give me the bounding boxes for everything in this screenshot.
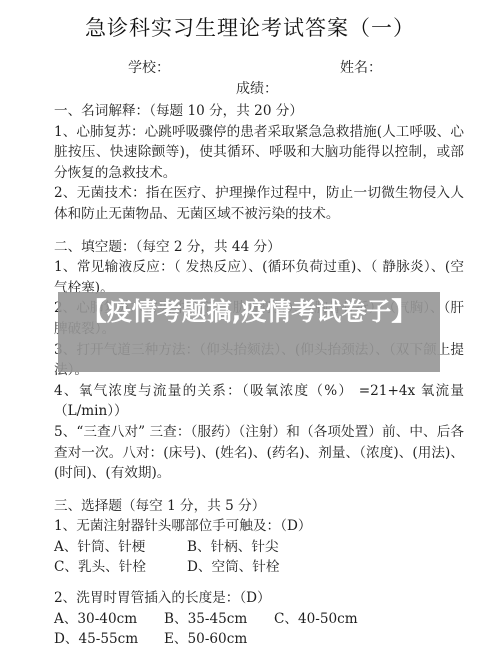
option: E、50-60cm [164,629,247,650]
options-row: A、针筒、针梗 B、针柄、针尖 [54,537,464,558]
document-body: 一、名词解释：（每题 10 分，共 20 分） 1、心肺复苏：心跳呼吸骤停的患者… [54,101,464,650]
definition-item: 2、无菌技术：指在医疗、护理操作过程中，防止一切微生物侵入人体和防止无菌物品、无… [54,183,464,224]
question-stem: 2、洗胃时胃管插入的长度是：（D） [54,588,464,609]
section-multiple-choice: 三、选择题（每空 1 分，共 5 分） 1、无菌注射器针头哪部位手可触及：（D）… [54,496,464,650]
section-spacer [54,484,464,496]
section-definitions: 一、名词解释：（每题 10 分，共 20 分） 1、心肺复苏：心跳呼吸骤停的患者… [54,101,464,225]
section-heading: 三、选择题（每空 1 分，共 5 分） [54,496,464,517]
name-field-label: 姓名： [340,57,382,77]
section-heading: 一、名词解释：（每题 10 分，共 20 分） [54,101,464,122]
definition-item: 1、心肺复苏：心跳呼吸骤停的患者采取紧急急救措施(人工呼吸、心脏按压、快速除颤等… [54,122,464,184]
option: D、空筒、针栓 [187,557,279,578]
option: C、乳头、针栓 [54,557,187,578]
option: A、30-40cm [54,609,164,630]
exam-answer-page: 急诊科实习生理论考试答案（一） 学校： 姓名： 成绩： 一、名词解释：（每题 1… [0,0,500,664]
options-row: A、30-40cm B、35-45cm C、40-50cm [54,609,464,630]
school-field-label: 学校： [128,57,170,77]
fill-blank-item: 5、“三查八对” 三查：（服药）（注射）和（各项处置）前、中、后各查对一次。八对… [54,422,464,484]
option: B、针柄、针尖 [187,537,279,558]
score-field-label: 成绩： [236,78,278,98]
options-row: C、乳头、针栓 D、空筒、针栓 [54,557,464,578]
section-heading: 二、填空题：（每空 2 分，共 44 分） [54,237,464,258]
choice-question: 1、无菌注射器针头哪部位手可触及：（D） A、针筒、针梗 B、针柄、针尖 C、乳… [54,516,464,578]
document-title: 急诊科实习生理论考试答案（一） [0,12,500,42]
options-row: D、45-55cm E、50-60cm [54,629,464,650]
question-stem: 1、无菌注射器针头哪部位手可触及：（D） [54,516,464,537]
choice-question: 2、洗胃时胃管插入的长度是：（D） A、30-40cm B、35-45cm C、… [54,588,464,650]
question-spacer [54,578,464,588]
fill-blank-item: 4、氧气浓度与流量的关系：（吸氧浓度（%） =21+4x 氧流量（L/min）） [54,381,464,422]
option: D、45-55cm [54,629,164,650]
option: C、40-50cm [274,609,358,630]
option: B、35-45cm [164,609,274,630]
overlay-title-banner: 【疫情考题搞,疫情考试卷子】 [58,292,440,372]
section-spacer [54,225,464,237]
option: A、针筒、针梗 [54,537,187,558]
